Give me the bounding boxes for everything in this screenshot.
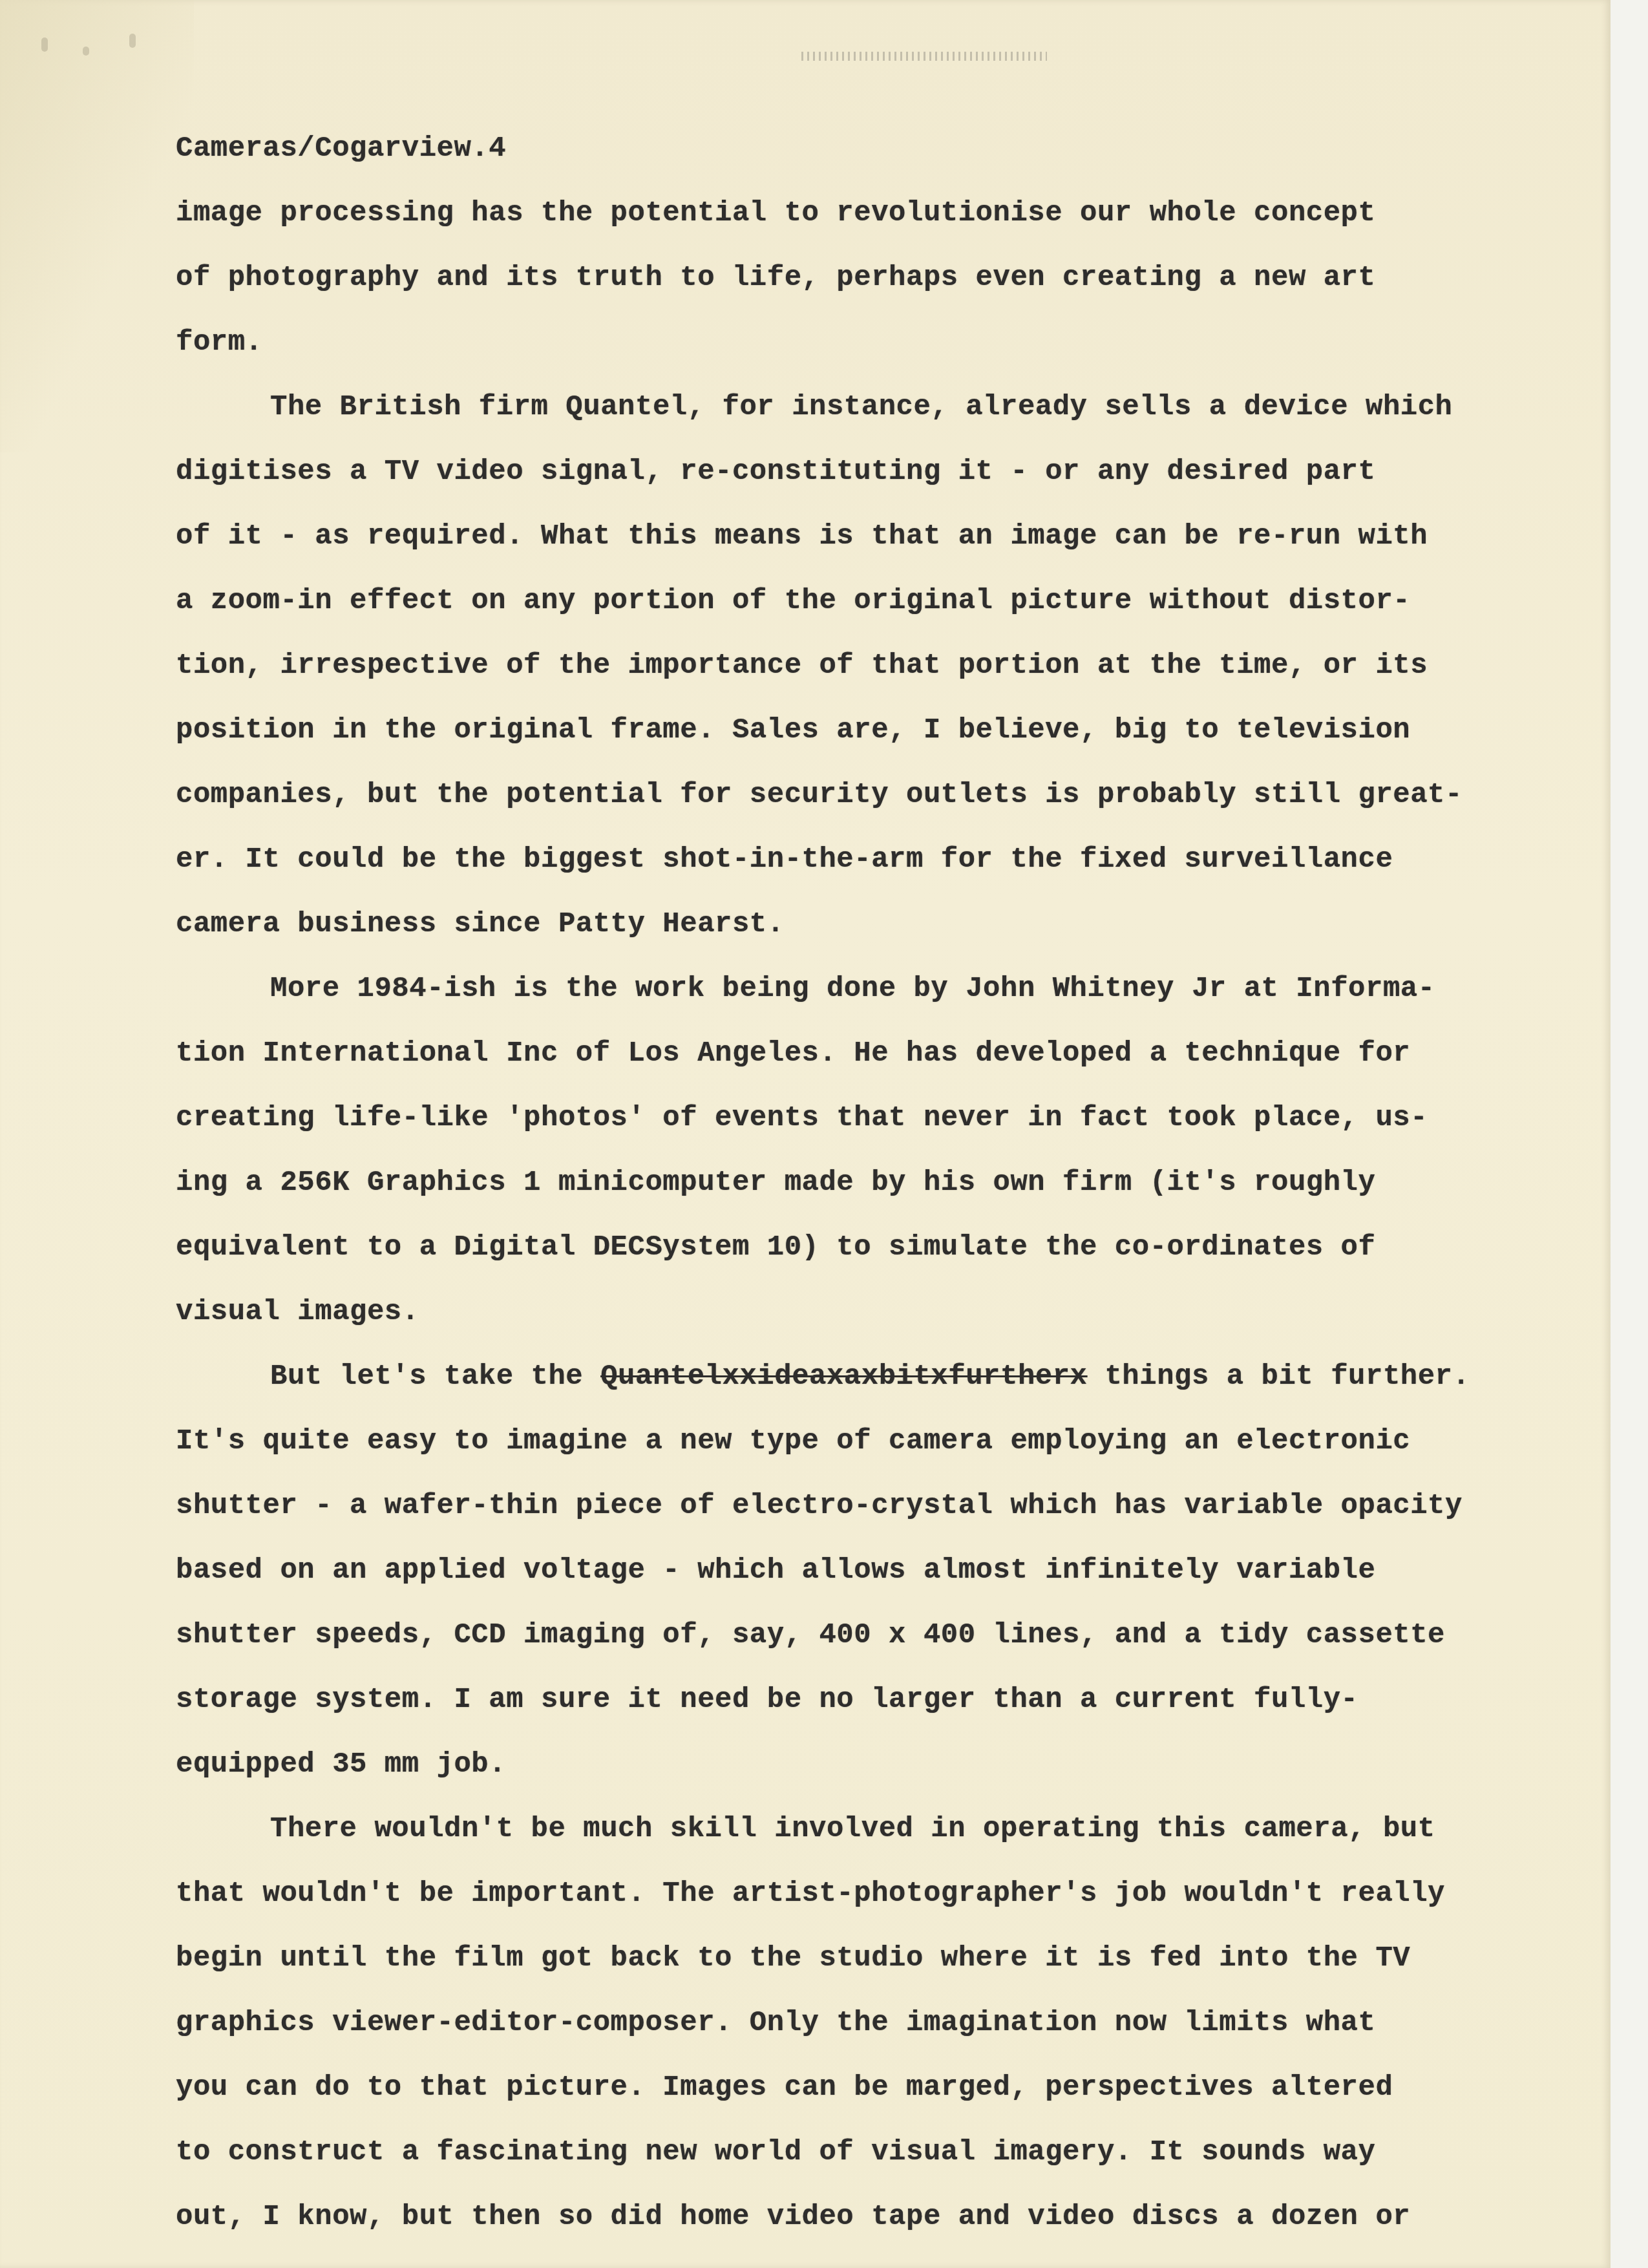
text-line: begin until the film got back to the stu… <box>176 1933 1611 1997</box>
paragraph-3: More 1984-ish is the work being done by … <box>176 963 1611 1351</box>
text-line: form. <box>176 317 1611 381</box>
text-line: er. It could be the biggest shot-in-the-… <box>176 834 1611 898</box>
text-line: of photography and its truth to life, pe… <box>176 252 1611 317</box>
text-line: ing a 256K Graphics 1 minicomputer made … <box>176 1157 1611 1222</box>
paragraph-5: There wouldn't be much skill involved in… <box>176 1803 1611 2256</box>
text-segment: But let's take the <box>270 1361 600 1393</box>
paragraph-2: The British firm Quantel, for instance, … <box>176 381 1611 963</box>
text-line: The British firm Quantel, for instance, … <box>176 381 1611 446</box>
text-line: creating life-like 'photos' of events th… <box>176 1092 1611 1157</box>
paragraph-1: image processing has the potential to re… <box>176 187 1611 381</box>
text-line: a zoom-in effect on any portion of the o… <box>176 575 1611 640</box>
text-line: equivalent to a Digital DECSystem 10) to… <box>176 1222 1611 1286</box>
text-line: position in the original frame. Sales ar… <box>176 705 1611 769</box>
text-line-with-strikeout: But let's take the Quantelxxideaxaxbitxf… <box>176 1351 1611 1415</box>
text-line: tion, irrespective of the importance of … <box>176 640 1611 705</box>
text-line: camera business since Patty Hearst. <box>176 898 1611 963</box>
text-line: based on an applied voltage - which allo… <box>176 1545 1611 1609</box>
ink-smudge <box>801 52 1047 61</box>
paragraph-4: But let's take the Quantelxxideaxaxbitxf… <box>176 1351 1611 1803</box>
text-line: of it - as required. What this means is … <box>176 511 1611 575</box>
typewritten-text: Cameras/Cogarview.4 image processing has… <box>176 123 1611 2256</box>
text-line: It's quite easy to imagine a new type of… <box>176 1415 1611 1480</box>
text-line: image processing has the potential to re… <box>176 187 1611 252</box>
text-line: More 1984-ish is the work being done by … <box>176 963 1611 1028</box>
text-line: out, I know, but then so did home video … <box>176 2191 1611 2256</box>
punch-hole-mark <box>83 47 89 56</box>
text-line: visual images. <box>176 1286 1611 1351</box>
text-line: tion International Inc of Los Angeles. H… <box>176 1028 1611 1092</box>
text-line: There wouldn't be much skill involved in… <box>176 1803 1611 1868</box>
text-line: shutter speeds, CCD imaging of, say, 400… <box>176 1609 1611 1674</box>
paper-page: Cameras/Cogarview.4 image processing has… <box>0 0 1611 2268</box>
text-line: graphics viewer-editor-composer. Only th… <box>176 1997 1611 2062</box>
punch-hole-mark <box>129 34 136 48</box>
text-line: to construct a fascinating new world of … <box>176 2126 1611 2191</box>
text-line: companies, but the potential for securit… <box>176 769 1611 834</box>
text-segment: things a bit further. <box>1088 1361 1470 1393</box>
text-line: storage system. I am sure it need be no … <box>176 1674 1611 1739</box>
punch-hole-mark <box>41 37 48 52</box>
text-line: that wouldn't be important. The artist-p… <box>176 1868 1611 1933</box>
text-line: shutter - a wafer-thin piece of electro-… <box>176 1480 1611 1545</box>
text-line: equipped 35 mm job. <box>176 1739 1611 1803</box>
page-header: Cameras/Cogarview.4 <box>176 123 1611 187</box>
text-line: you can do to that picture. Images can b… <box>176 2062 1611 2126</box>
struck-out-text: Quantelxxideaxaxbitxfurtherx <box>600 1361 1087 1393</box>
text-line: digitises a TV video signal, re-constitu… <box>176 446 1611 511</box>
page-fold-shading <box>0 0 194 452</box>
